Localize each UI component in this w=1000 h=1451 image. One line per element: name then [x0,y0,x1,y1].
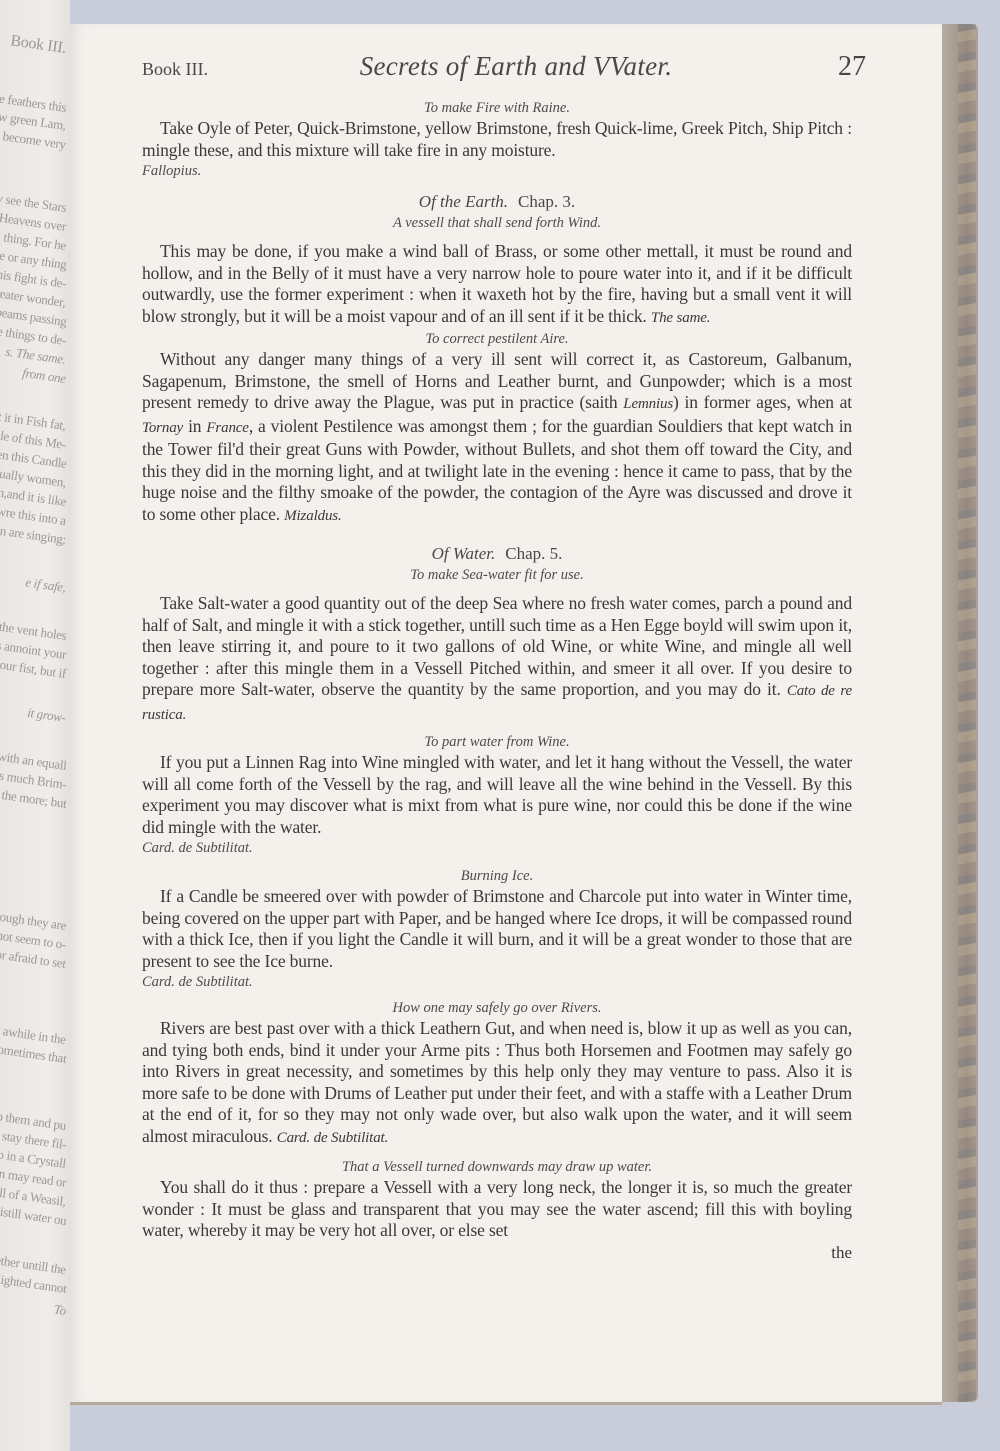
citation: Fallopius. [142,161,852,181]
section-title-burning-ice: Burning Ice. [142,866,852,886]
page-content: Book III. Secrets of Earth and VVater. 2… [142,56,852,1263]
section-title-vessel-water: That a Vessell turned downwards may draw… [142,1157,852,1177]
paragraph-text: , a violent Pestilence was amongst them … [142,416,852,524]
section-title-rivers: How one may safely go over Rivers. [142,998,852,1018]
paragraph-sea-water: Take Salt-water a good quantity out of t… [142,593,852,726]
left-page-text-fragment: it grow- [27,705,68,726]
page-number: 27 [838,56,866,78]
left-page-text-fragment: from one [22,365,68,387]
running-title: Secrets of Earth and VVater. [360,56,673,78]
running-header: Book III. Secrets of Earth and VVater. 2… [142,56,852,92]
left-page-text-fragment: To [53,1301,67,1319]
left-page-header: Book III. [9,32,67,58]
paragraph-text: Take Salt-water a good quantity out of t… [142,593,852,699]
paragraph-text: Take Oyle of Peter, Quick-Brimstone, yel… [142,118,852,160]
place-name: France [206,420,248,436]
left-page-text-fragment: e if safe, [25,574,68,596]
section-title-water-wine: To part water from Wine. [142,732,852,752]
paragraph-vessel-water: You shall do it thus : prepare a Vessell… [142,1177,852,1242]
paragraph-text: ) in former ages, when at [673,392,852,412]
paragraph-fire-rain: Take Oyle of Peter, Quick-Brimstone, yel… [142,118,852,161]
paragraph-burning-ice: If a Candle be smeered over with powder … [142,886,852,972]
facing-left-page: Book III.the feathers thisnew green Lam,… [0,0,70,1451]
paragraph-text: Rivers are best past over with a thick L… [142,1018,852,1146]
catchword: the [142,1242,852,1264]
section-title-fire-rain: To make Fire with Raine. [142,98,852,118]
paragraph-text: in [183,416,206,436]
section-title-pestilent-aire: To correct pestilent Aire. [142,329,852,349]
paragraph-text: If you put a Linnen Rag into Wine mingle… [142,752,852,837]
chapter-number: Chap. 3. [518,192,575,211]
book-page: Book III. Secrets of Earth and VVater. 2… [70,24,942,1405]
citation: Card. de Subtilitat. [142,972,852,992]
paragraph-text: This may be done, if you make a wind bal… [142,241,852,326]
book-label: Book III. [142,59,208,81]
paragraph-vessel-wind: This may be done, if you make a wind bal… [142,241,852,329]
chapter-heading-earth: Of the Earth.Chap. 3. [142,191,852,213]
citation: Card. de Subtilitat. [142,838,852,858]
book-edge-binding [940,24,978,1402]
person-name: Lemnius [623,396,673,412]
citation: The same. [651,310,710,326]
chapter-label: Of the Earth. [419,192,508,211]
section-title-vessel-wind: A vessell that shall send forth Wind. [142,213,852,233]
paragraph-water-wine: If you put a Linnen Rag into Wine mingle… [142,752,852,838]
paragraph-rivers: Rivers are best past over with a thick L… [142,1018,852,1149]
citation: Mizaldus. [284,508,341,524]
marbled-edge [958,24,976,1402]
paragraph-pestilent-aire: Without any danger many things of a very… [142,349,852,527]
chapter-number: Chap. 5. [505,544,562,563]
chapter-heading-water: Of Water.Chap. 5. [142,543,852,565]
section-title-sea-water: To make Sea-water fit for use. [142,565,852,585]
paragraph-text: If a Candle be smeered over with powder … [142,886,852,971]
place-name: Tornay [142,420,183,436]
paragraph-text: You shall do it thus : prepare a Vessell… [142,1177,852,1240]
chapter-label: Of Water. [432,544,496,563]
citation: Card. de Subtilitat. [277,1130,388,1146]
